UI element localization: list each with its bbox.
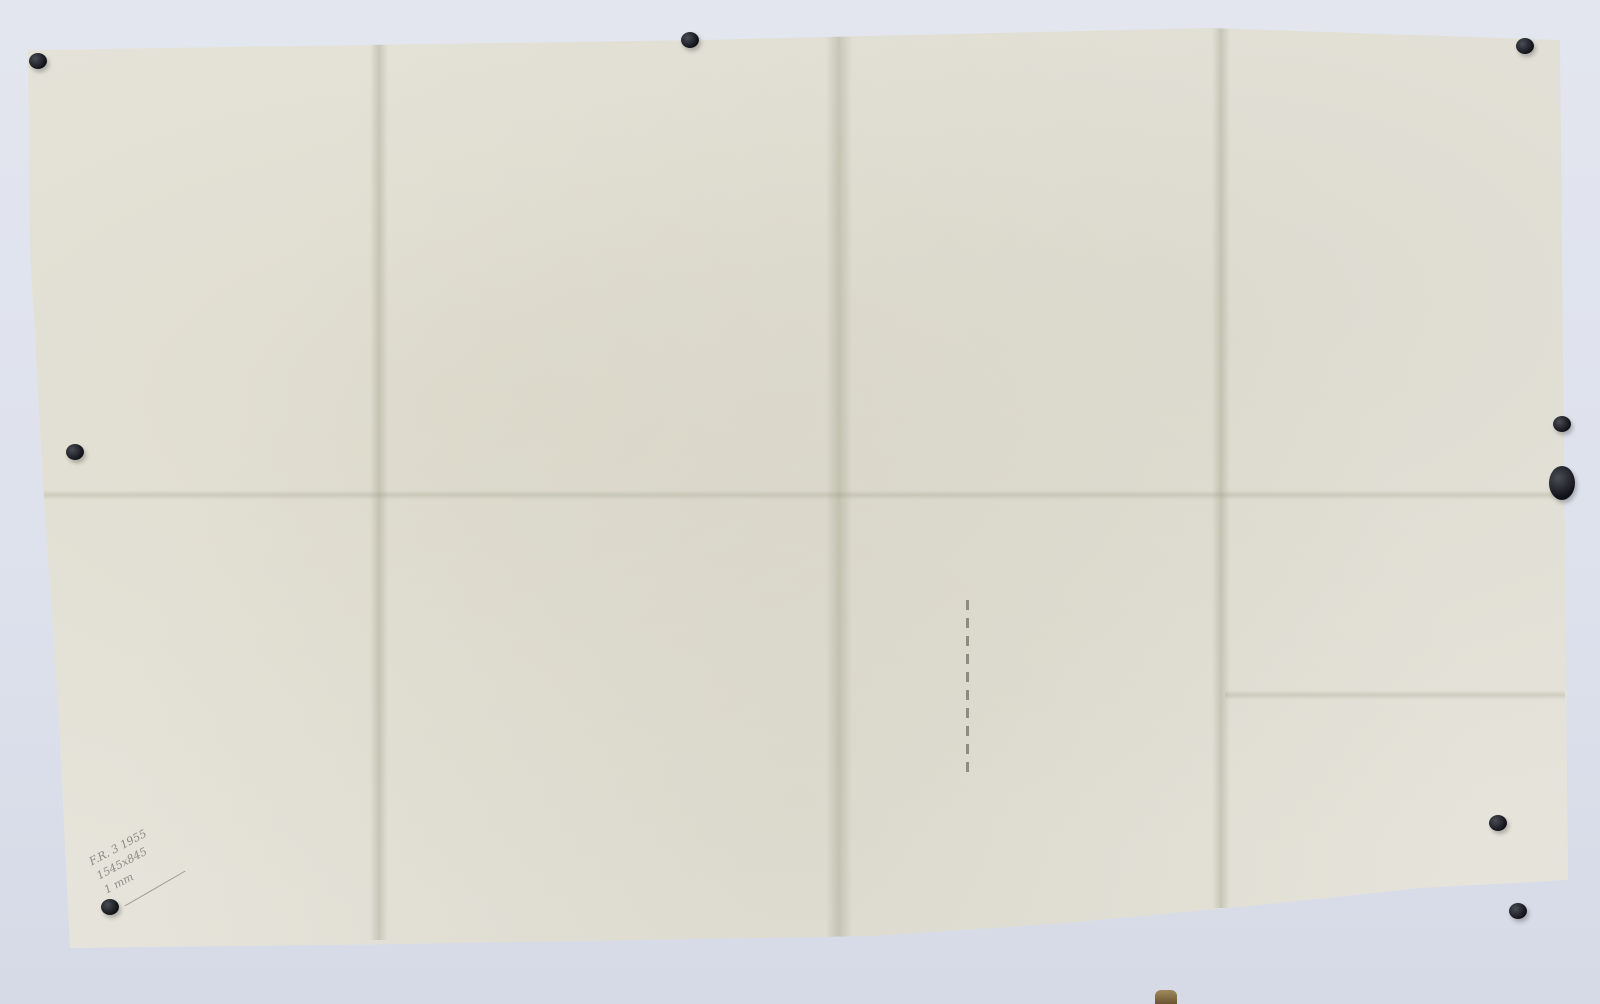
dashed-ink-mark — [966, 600, 969, 775]
small-object-edge — [1155, 990, 1177, 1004]
paper-sheet: F.R. 3 1955 1545x845 1 mm — [0, 0, 1600, 1004]
magnet-pin — [1549, 466, 1575, 500]
magnet-pin — [101, 899, 119, 915]
magnet-pin — [29, 53, 47, 69]
photo-background-board: F.R. 3 1955 1545x845 1 mm — [0, 0, 1600, 1004]
vertical-fold-crease — [1212, 28, 1230, 908]
magnet-pin — [1516, 38, 1534, 54]
vertical-fold-crease — [826, 30, 852, 940]
horizontal-fold-crease — [1225, 690, 1565, 700]
magnet-pin — [66, 444, 84, 460]
horizontal-fold-crease — [30, 490, 1570, 500]
magnet-pin — [1553, 416, 1571, 432]
magnet-pin — [1509, 903, 1527, 919]
magnet-pin — [1489, 815, 1507, 831]
magnet-pin — [681, 32, 699, 48]
